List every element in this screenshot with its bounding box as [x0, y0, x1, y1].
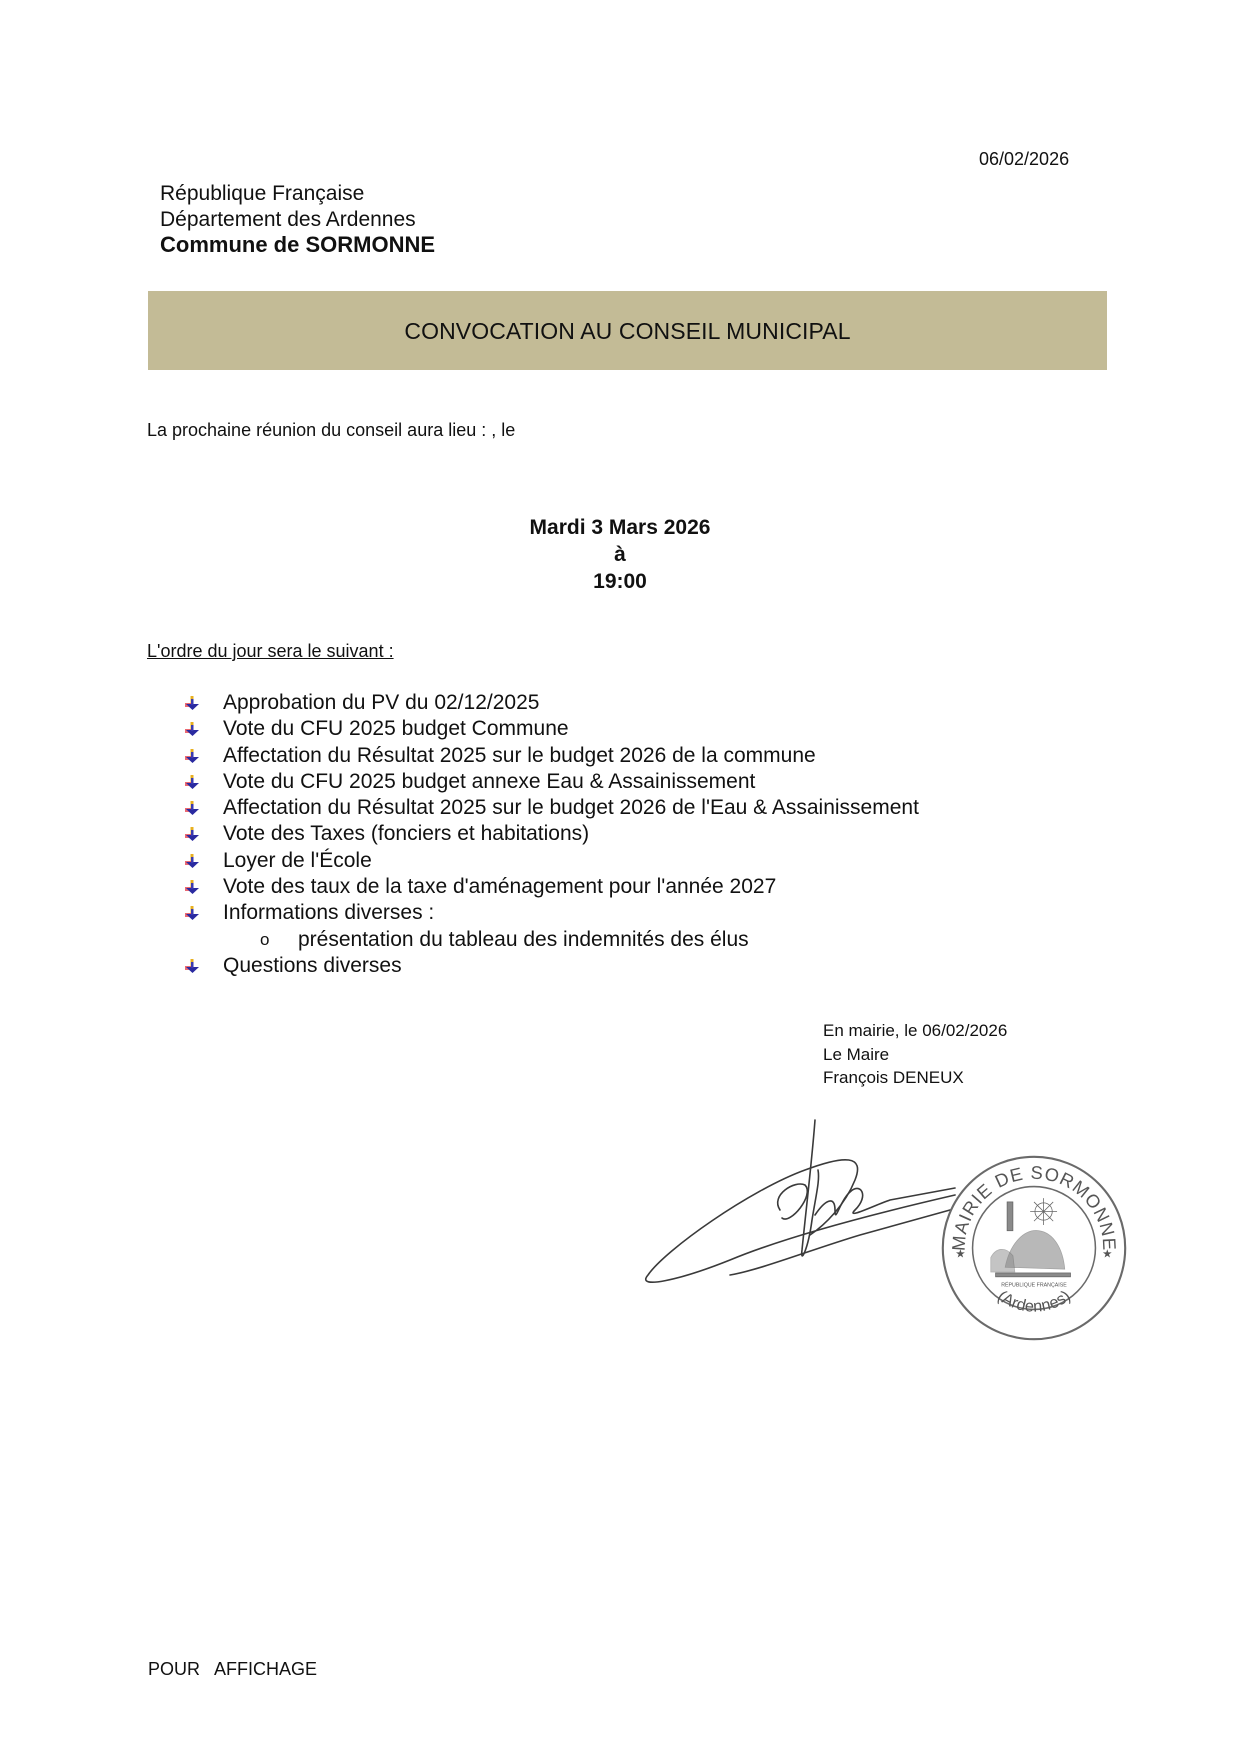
agenda-item-text: Vote des taux de la taxe d'aménagement p…: [223, 874, 776, 900]
agenda-item-text: Questions diverses: [223, 953, 402, 979]
agenda-item-text: Loyer de l'École: [223, 848, 372, 874]
meeting-datetime: Mardi 3 Mars 2026 à 19:00: [420, 514, 820, 595]
agenda-item: Affectation du Résultat 2025 sur le budg…: [0, 743, 1240, 769]
circle-bullet-icon: o: [260, 927, 269, 953]
svg-text:(Ardennes): (Ardennes): [994, 1287, 1074, 1316]
agenda-item-text: Informations diverses :: [223, 900, 434, 926]
agenda-sub-item: oprésentation du tableau des indemnités …: [0, 927, 1240, 953]
agenda-item-text: Vote des Taxes (fonciers et habitations): [223, 821, 589, 847]
down-arrow-bullet-icon: [184, 879, 201, 896]
document-title: CONVOCATION AU CONSEIL MUNICIPAL: [404, 318, 850, 345]
down-arrow-bullet-icon: [184, 826, 201, 843]
down-arrow-bullet-icon: [184, 853, 201, 870]
agenda-item: Loyer de l'École: [0, 848, 1240, 874]
stamp-bottom-text: (Ardennes): [994, 1287, 1074, 1316]
agenda-item-text: Vote du CFU 2025 budget annexe Eau & Ass…: [223, 769, 755, 795]
agenda-item: Approbation du PV du 02/12/2025: [0, 690, 1240, 716]
agenda-item-text: Approbation du PV du 02/12/2025: [223, 690, 539, 716]
document-date: 06/02/2026: [979, 149, 1069, 170]
meeting-time: 19:00: [420, 568, 820, 595]
agenda-item: Vote des Taxes (fonciers et habitations): [0, 821, 1240, 847]
agenda-item-text: Affectation du Résultat 2025 sur le budg…: [223, 795, 919, 821]
meeting-date: Mardi 3 Mars 2026: [420, 514, 820, 541]
header-department: Département des Ardennes: [160, 207, 435, 233]
stamp-star-left: ★: [955, 1249, 965, 1261]
stamp-star-right: ★: [1102, 1249, 1112, 1261]
agenda-item: Vote du CFU 2025 budget Commune: [0, 716, 1240, 742]
mairie-stamp: MAIRIE DE SORMONNE (Ardennes) ★ ★ RÉPUBL…: [938, 1152, 1130, 1344]
agenda-item: Informations diverses :: [0, 900, 1240, 926]
stamp-inner-text: RÉPUBLIQUE FRANÇAISE: [1001, 1281, 1067, 1288]
footer-note: POUR AFFICHAGE: [148, 1659, 317, 1680]
marianne-emblem-icon: [991, 1198, 1071, 1277]
header-commune: Commune de SORMONNE: [160, 232, 435, 258]
signature-name: François DENEUX: [823, 1066, 1007, 1090]
agenda-item: Vote des taux de la taxe d'aménagement p…: [0, 874, 1240, 900]
handwritten-signature: [630, 1100, 960, 1330]
agenda-item: Affectation du Résultat 2025 sur le budg…: [0, 795, 1240, 821]
signature-place-date: En mairie, le 06/02/2026: [823, 1019, 1007, 1043]
down-arrow-bullet-icon: [184, 800, 201, 817]
down-arrow-bullet-icon: [184, 748, 201, 765]
down-arrow-bullet-icon: [184, 958, 201, 975]
signature-role: Le Maire: [823, 1043, 1007, 1067]
meeting-connector: à: [420, 541, 820, 568]
title-banner: CONVOCATION AU CONSEIL MUNICIPAL: [148, 291, 1107, 370]
issuer-header: République Française Département des Ard…: [160, 181, 435, 258]
down-arrow-bullet-icon: [184, 774, 201, 791]
down-arrow-bullet-icon: [184, 695, 201, 712]
agenda-title: L'ordre du jour sera le suivant :: [147, 641, 394, 662]
down-arrow-bullet-icon: [184, 721, 201, 738]
agenda-item-text: Affectation du Résultat 2025 sur le budg…: [223, 743, 816, 769]
down-arrow-bullet-icon: [184, 905, 201, 922]
agenda-item-text: Vote du CFU 2025 budget Commune: [223, 716, 569, 742]
signature-block: En mairie, le 06/02/2026 Le Maire Franço…: [823, 1019, 1007, 1090]
agenda-item: Vote du CFU 2025 budget annexe Eau & Ass…: [0, 769, 1240, 795]
header-republic: République Française: [160, 181, 435, 207]
intro-text: La prochaine réunion du conseil aura lie…: [147, 420, 515, 441]
agenda-list: Approbation du PV du 02/12/2025 Vote du …: [0, 690, 1240, 979]
agenda-sub-item-text: présentation du tableau des indemnités d…: [298, 927, 749, 953]
agenda-item: Questions diverses: [0, 953, 1240, 979]
